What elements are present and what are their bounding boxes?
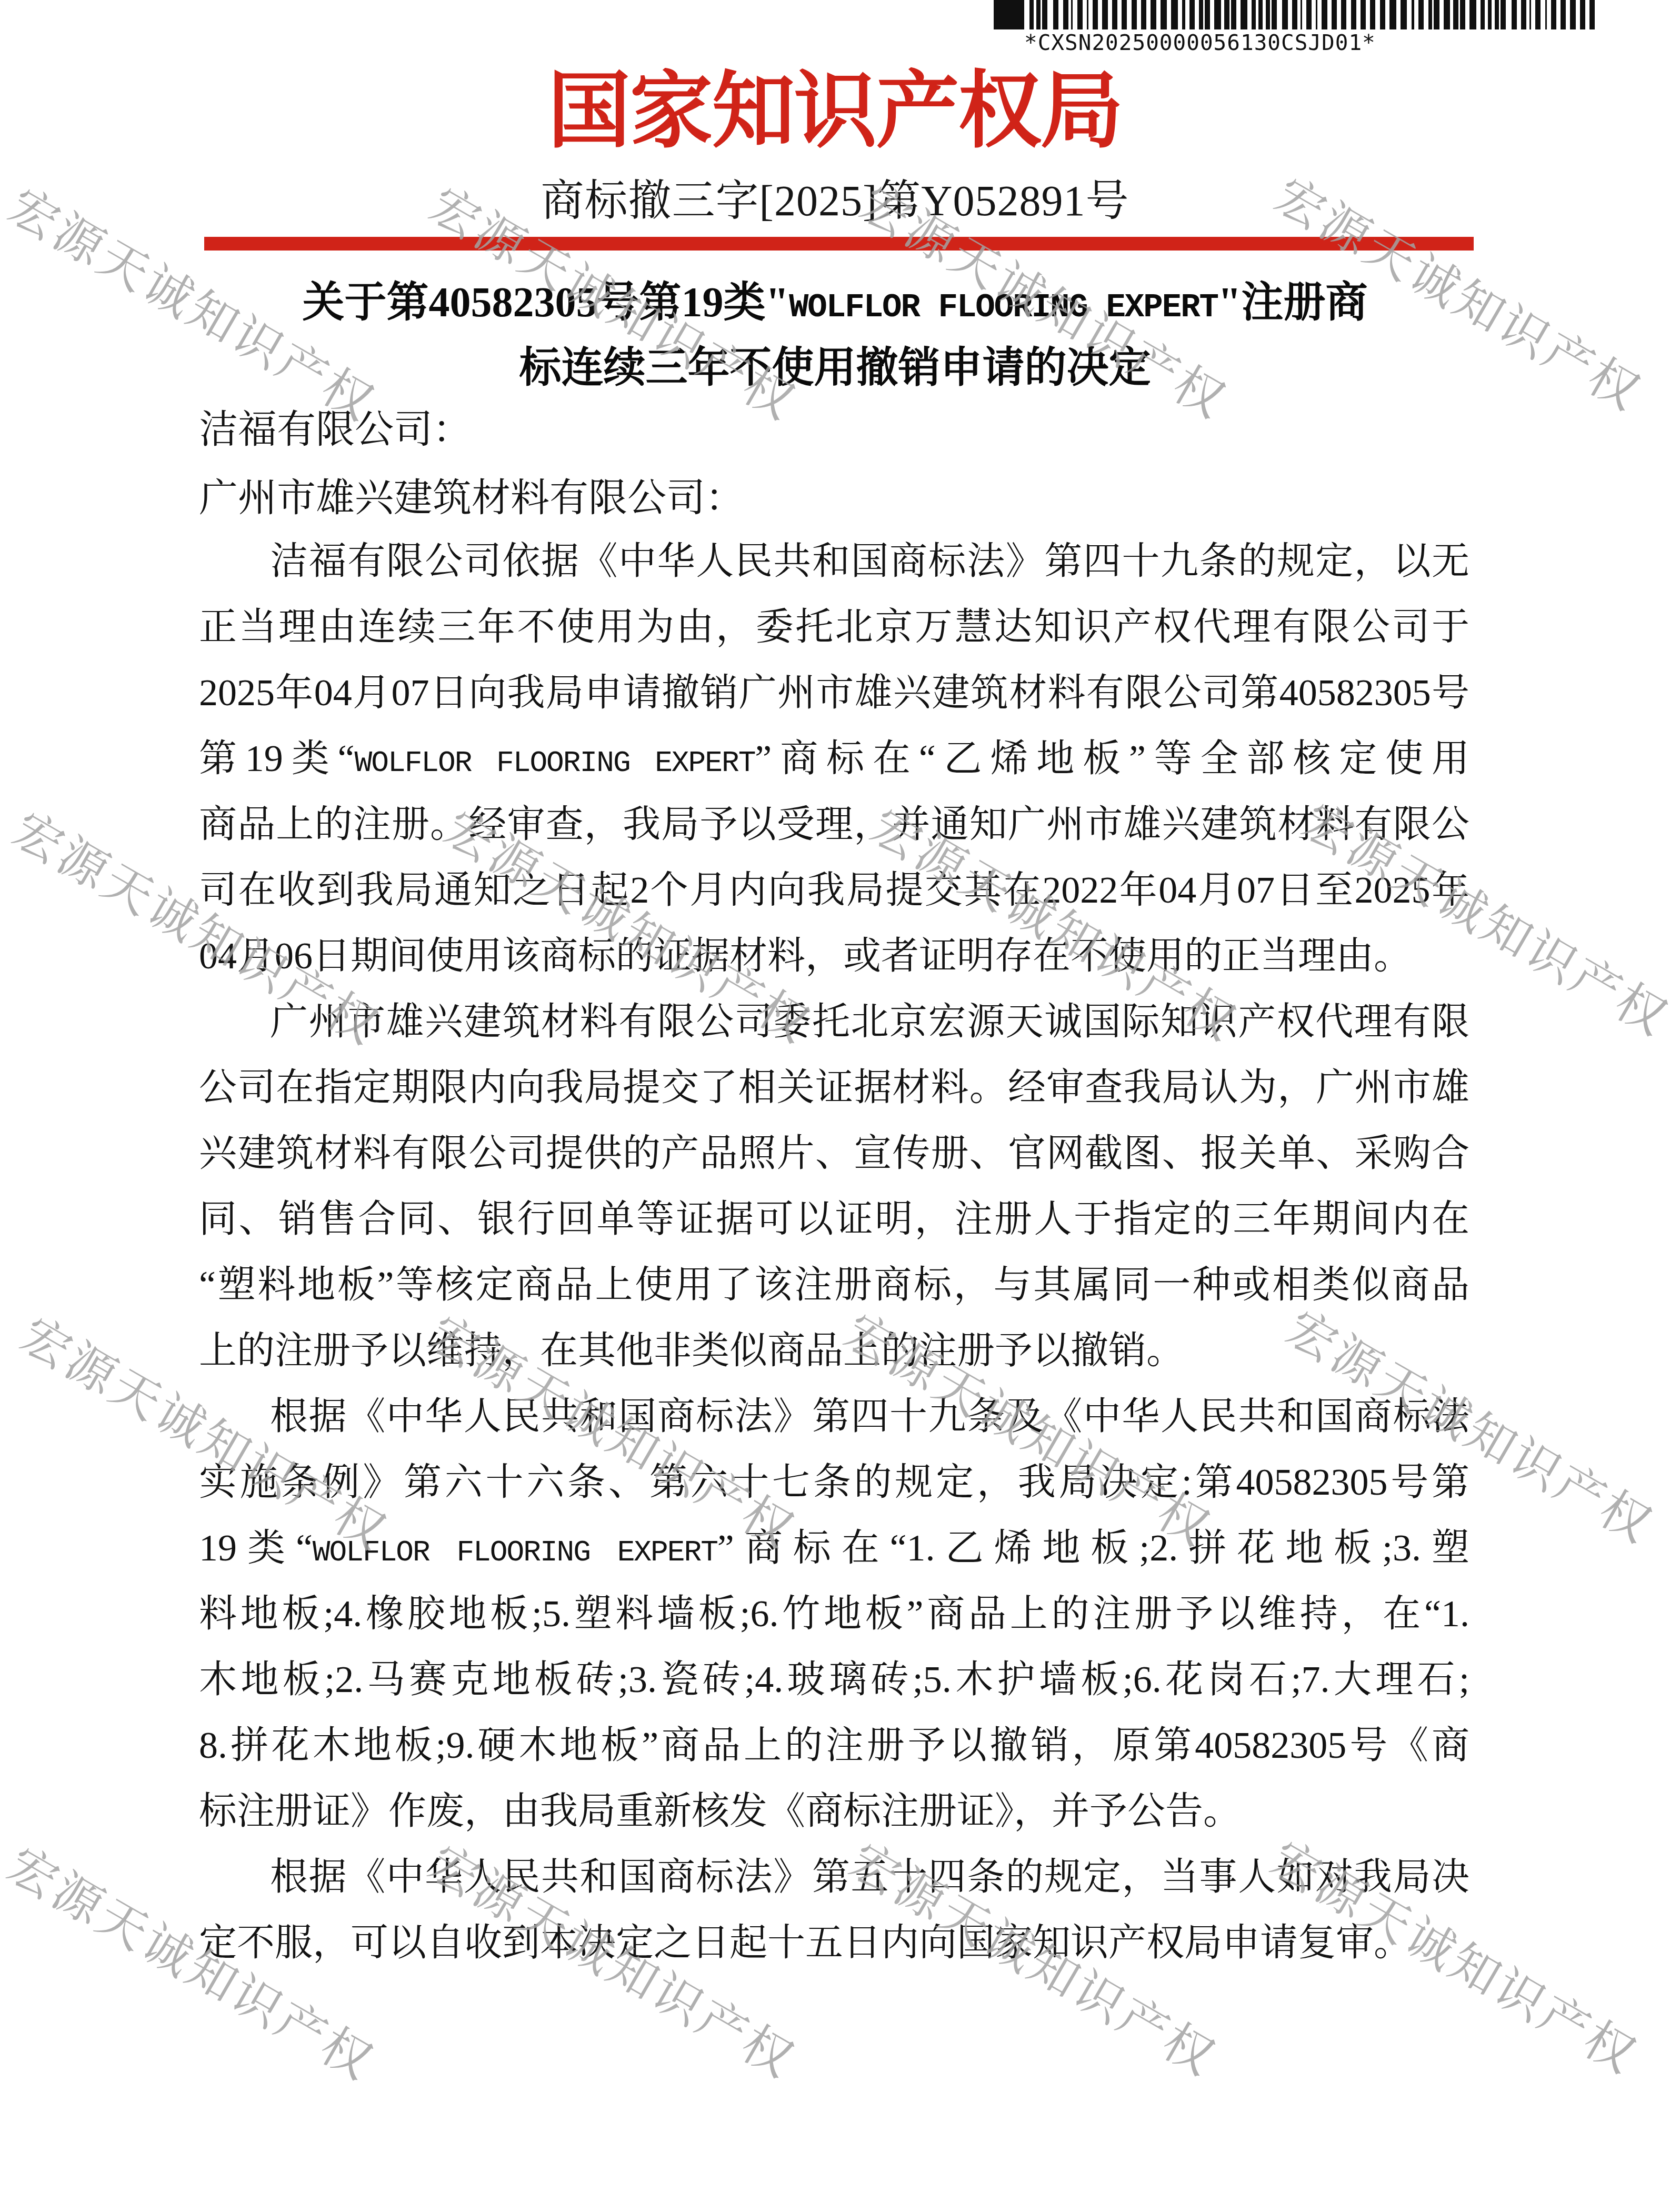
barcode-bar [1351,0,1356,29]
body-line: 8.拼花木地板;9.硬木地板”商品上的注册予以撤销，原第40582305号《商 [199,1717,1469,1783]
barcode-bar [1570,0,1575,29]
barcode-bar [1418,0,1424,29]
barcode-bar [1199,0,1203,29]
body-line: 料地板;4.橡胶地板;5.塑料墙板;6.竹地板”商品上的注册予以维持，在“1. [199,1585,1469,1651]
body-line: 木地板;2.马赛克地板砖;3.瓷砖;4.玻璃砖;5.木护墙板;6.花岗石;7.大… [199,1651,1469,1717]
barcode-bar [1112,0,1117,29]
body-line: 实施条例》第六十六条、第六十七条的规定，我局决定:第40582305号第 [199,1454,1469,1519]
barcode-bar [1292,0,1297,29]
barcode-bar [1412,0,1414,29]
latin-trademark-text: WOLFLOR FLOORING EXPERT [789,289,1218,326]
body-line: 2025年04月07日向我局申请撤销广州市雄兴建筑材料有限公司第40582305… [199,664,1469,730]
barcode-bar [1551,0,1556,29]
barcode-bar [1087,0,1088,29]
body-line: “塑料地板”等核定商品上使用了该注册商标，与其属同一种或相类似商品 [199,1256,1469,1322]
barcode-bar [1589,0,1595,29]
barcode-bar [1053,0,1058,29]
latin-trademark-text: WOLFLOR FLOORING EXPERT [313,1536,717,1569]
red-divider [204,237,1474,251]
barcode-bar [1453,0,1458,29]
barcode-bar [1580,0,1585,29]
agency-title: 国家知识产权局 [0,66,1670,158]
barcode-bar [1071,0,1073,29]
barcode-bar [1488,0,1492,29]
body-line: 公司在指定期限内向我局提交了相关证据材料。经审查我局认为，广州市雄 [199,1059,1469,1125]
barcode-bar [1272,0,1277,29]
barcode-bar [1481,0,1485,29]
barcode-bar [1561,0,1566,29]
barcode-bar [1171,0,1178,29]
barcode-bar [1301,0,1302,29]
barcode-bar [1231,0,1236,29]
barcode-text: *CXSN20250000056130CSJD01* [1024,30,1376,55]
barcode-bar [1389,0,1396,29]
body-line: 正当理由连续三年不使用为由，委托北京万慧达知识产权代理有限公司于 [199,598,1469,664]
barcode-bar [1258,0,1263,29]
barcode-bar [1460,0,1465,29]
body-line: 司在收到我局通知之日起2个月内向我局提交其在2022年04月07日至2025年 [199,862,1469,927]
barcode-bar [1161,0,1167,29]
body-line: 第19类“WOLFLOR FLOORING EXPERT”商标在“乙烯地板”等全… [199,730,1469,796]
recipient-list: 洁福有限公司：广州市雄兴建筑材料有限公司： [199,396,1469,533]
barcode-bar [1501,0,1506,29]
body-line: 洁福有限公司依据《中华人民共和国商标法》第四十九条的规定，以无 [199,533,1469,598]
barcode-bar [1241,0,1247,29]
barcode-bar [1029,0,1034,29]
barcode-bar [1545,0,1547,29]
subject-line1: 关于第40582305号第19类"WOLFLOR FLOORING EXPERT… [0,273,1670,338]
barcode-bar [1282,0,1287,29]
body-line: 广州市雄兴建筑材料有限公司委托北京宏源天诚国际知识产权代理有限 [199,993,1469,1059]
barcode-bar [1122,0,1127,29]
barcode-bar [1042,0,1047,29]
subject-title: 关于第40582305号第19类"WOLFLOR FLOORING EXPERT… [0,273,1670,398]
barcode-bar [1521,0,1526,29]
barcode-bar [1401,0,1407,29]
recipient-line: 广州市雄兴建筑材料有限公司： [199,464,1469,533]
barcode-bar [1332,0,1337,29]
decision-body: 洁福有限公司依据《中华人民共和国商标法》第四十九条的规定，以无正当理由连续三年不… [199,533,1469,1980]
subject-line2: 标连续三年不使用撤销申请的决定 [0,338,1670,398]
body-line: 兴建筑材料有限公司提供的产品照片、宣传册、官网截图、报关单、采购合 [199,1125,1469,1190]
barcode-bar [1141,0,1146,29]
barcode-bar [1370,0,1375,29]
body-line: 19类“WOLFLOR FLOORING EXPERT”商标在“1.乙烯地板;2… [199,1519,1469,1585]
barcode-bar [994,0,1024,29]
barcode-bar [1151,0,1156,29]
barcode-bar [1512,0,1517,29]
barcode-bar [1252,0,1256,29]
barcode-bar [1444,0,1451,29]
barcode-bar [1495,0,1499,29]
barcode-bar [1322,0,1327,29]
barcode-bar [1361,0,1366,29]
body-line: 标注册证》作废，由我局重新核发《商标注册证》，并予公告。 [199,1783,1469,1848]
barcode-bar [1434,0,1439,29]
body-line: 同、销售合同、银行回单等证据可以证明，注册人于指定的三年期间内在 [199,1190,1469,1256]
barcode-bar [1535,0,1541,29]
barcode-bar [1224,0,1229,29]
barcode-bar [1189,0,1195,29]
barcode-bar [1036,0,1041,29]
barcode-bar [1205,0,1210,29]
barcode-bar [1093,0,1098,29]
barcode-bar [1529,0,1531,29]
barcode-bar [1266,0,1270,29]
barcode-bar [1063,0,1068,29]
barcode-bar [1132,0,1137,29]
latin-trademark-text: WOLFLOR FLOORING EXPERT [355,746,755,780]
barcode [994,0,1602,29]
body-line: 04月06日期间使用该商标的证据材料，或者证明存在不使用的正当理由。 [199,927,1469,993]
barcode-bar [1306,0,1312,29]
body-line: 根据《中华人民共和国商标法》第四十九条及《中华人民共和国商标法 [199,1388,1469,1454]
barcode-bar [1214,0,1221,29]
barcode-bar [1316,0,1317,29]
barcode-bar [1077,0,1083,29]
barcode-bar [1380,0,1385,29]
recipient-line: 洁福有限公司： [199,396,1469,464]
body-line: 定不服，可以自收到本决定之日起十五日内向国家知识产权局申请复审。 [199,1914,1469,1980]
body-line: 商品上的注册。经审查，我局予以受理，并通知广州市雄兴建筑材料有限公 [199,796,1469,862]
barcode-bar [1469,0,1476,29]
barcode-bar [1341,0,1346,29]
body-line: 上的注册予以维持，在其他非类似商品上的注册予以撤销。 [199,1322,1469,1388]
barcode-bar [1182,0,1185,29]
document-page: 宏源天诚知识产权宏源天诚知识产权宏源天诚知识产权宏源天诚知识产权宏源天诚知识产权… [0,0,1670,2212]
barcode-bar [1428,0,1433,29]
body-line: 根据《中华人民共和国商标法》第五十四条的规定，当事人如对我局决 [199,1848,1469,1914]
barcode-bar [1102,0,1107,29]
doc-number: 商标撤三字[2025]第Y052891号 [0,166,1670,228]
